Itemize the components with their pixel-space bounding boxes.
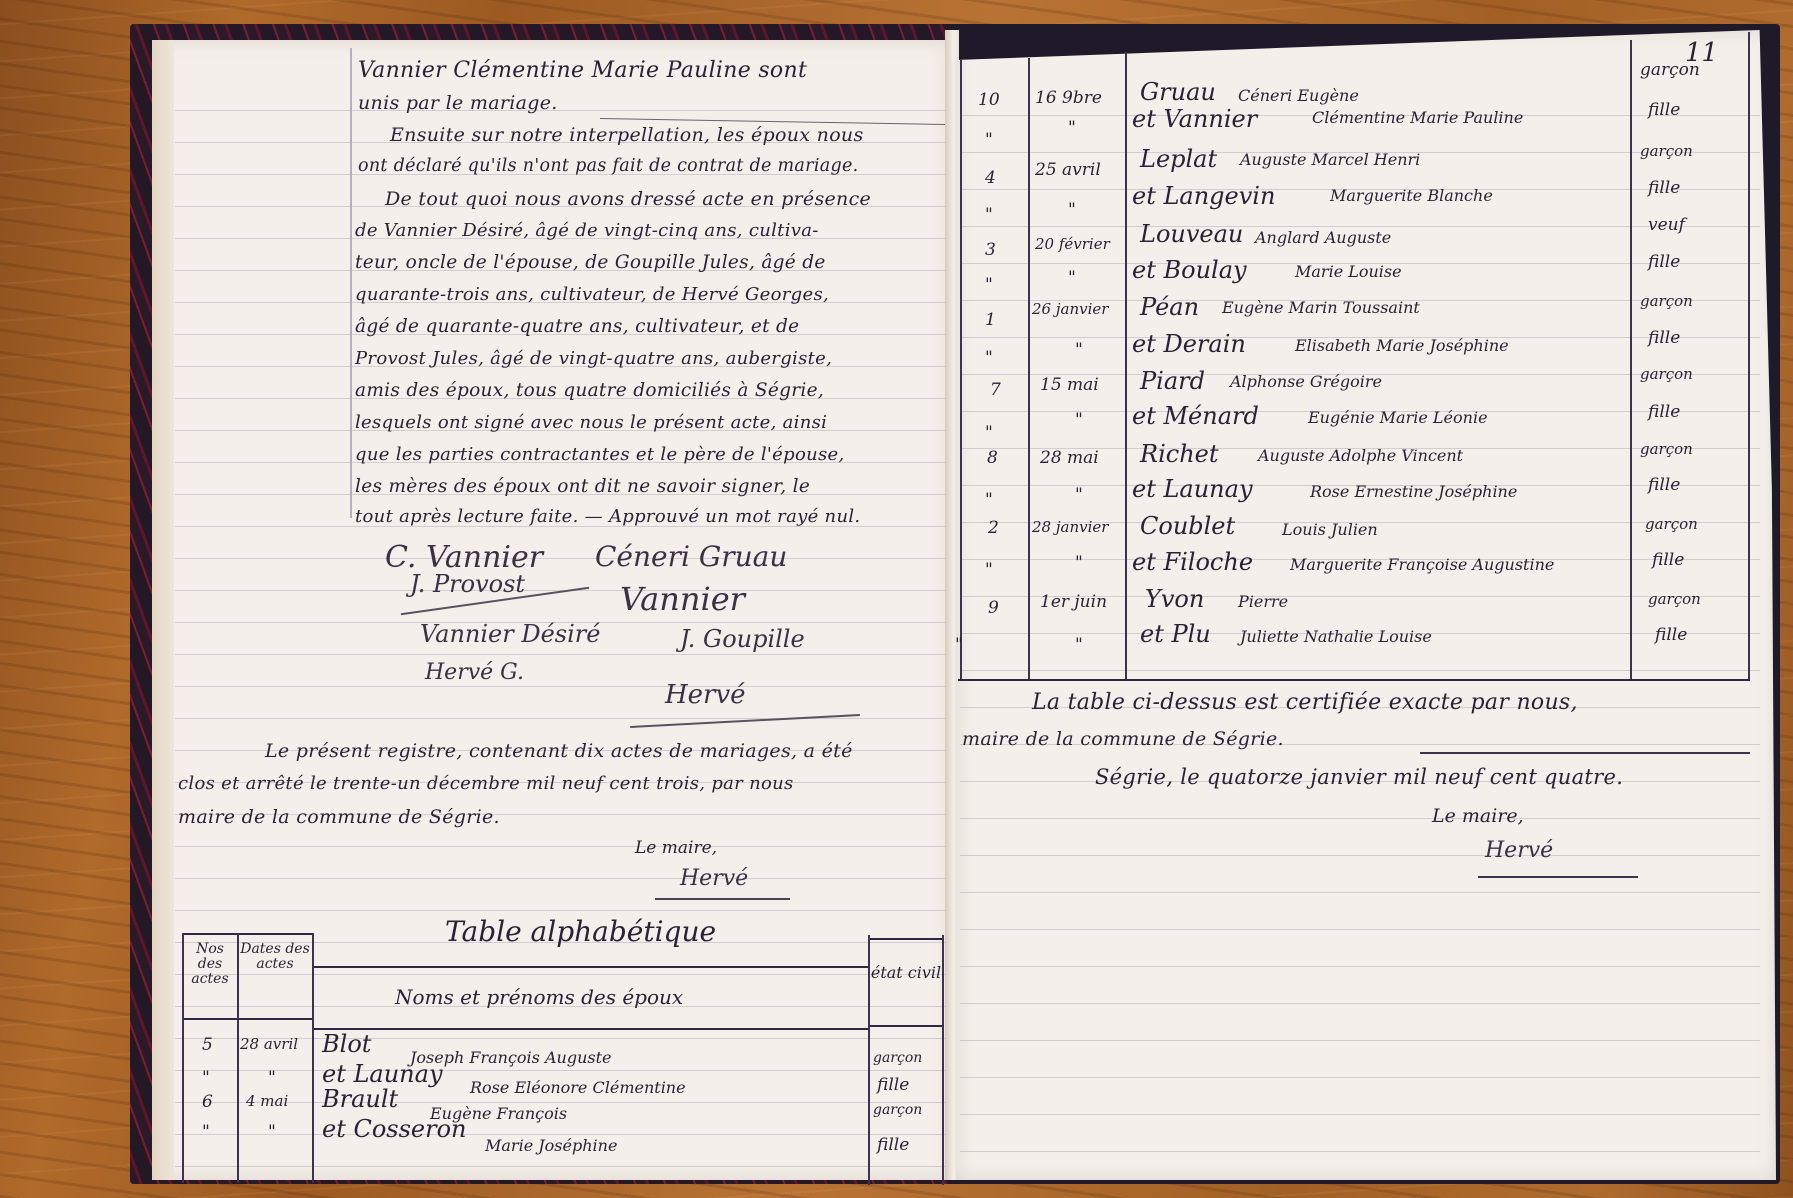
signature-flourish <box>655 898 790 900</box>
row-status: fille <box>877 1075 909 1095</box>
row-surname: et Filoche <box>1132 548 1253 576</box>
margin-line <box>350 48 352 518</box>
row-given: Anglard Auguste <box>1255 228 1391 247</box>
row-surname: et Plu <box>1140 620 1211 648</box>
ruled-line <box>175 910 945 911</box>
row-num: 2 <box>988 518 999 538</box>
signature: J. Goupille <box>680 625 805 653</box>
row-status: garçon <box>1648 590 1701 608</box>
row-surname: et Langevin <box>1132 182 1275 210</box>
signature: Hervé <box>665 680 746 710</box>
act-line: ont déclaré qu'ils n'ont pas fait de con… <box>358 156 859 176</box>
ruled-line <box>175 846 945 847</box>
row-num: " <box>985 130 993 150</box>
row-num: 1 <box>985 310 996 330</box>
act-line: les mères des époux ont dit ne savoir si… <box>355 476 810 497</box>
ruled-line <box>175 654 945 655</box>
left-page <box>152 40 950 1180</box>
row-given: Marguerite Blanche <box>1330 186 1493 205</box>
row-num: 8 <box>987 448 998 468</box>
row-date: " <box>1068 200 1076 220</box>
row-surname: Louveau <box>1140 220 1243 248</box>
act-line: lesquels ont signé avec nous le présent … <box>355 412 827 433</box>
ruled-line <box>960 226 1760 227</box>
closing-line: maire de la commune de Ségrie. <box>178 806 500 828</box>
row-date: 16 9bre <box>1035 88 1102 108</box>
row-status: fille <box>1648 100 1680 120</box>
ruled-line <box>175 974 945 975</box>
act-line: quarante-trois ans, cultivateur, de Herv… <box>355 284 829 305</box>
row-num: 5 <box>202 1035 213 1055</box>
mayor-title: Le maire, <box>635 838 717 858</box>
row-given: Clémentine Marie Pauline <box>1312 108 1523 127</box>
header-status: état civil <box>870 962 942 984</box>
ruled-line <box>175 1166 945 1167</box>
dash-line <box>1420 752 1750 754</box>
row-num: " <box>985 275 993 295</box>
row-date: " <box>268 1068 276 1088</box>
row-date: " <box>1075 485 1083 505</box>
row-num: 4 <box>985 168 996 188</box>
row-surname: et Vannier <box>1132 105 1257 133</box>
row-given: Marie Joséphine <box>485 1136 617 1155</box>
row-date: 20 février <box>1035 235 1110 253</box>
row-num: " <box>985 348 993 368</box>
row-surname: et Launay <box>322 1060 443 1088</box>
row-date: " <box>1075 340 1083 360</box>
row-surname: Péan <box>1140 293 1199 321</box>
row-surname: Coublet <box>1140 512 1235 540</box>
ruled-line <box>960 1151 1760 1152</box>
ruled-line <box>960 818 1760 819</box>
act-line: Ensuite sur notre interpellation, les ép… <box>390 124 864 146</box>
row-status: garçon <box>1645 515 1698 533</box>
ruled-line <box>960 966 1760 967</box>
row-given: Auguste Marcel Henri <box>1240 150 1420 169</box>
row-num: " <box>202 1068 210 1088</box>
mayor-title: Le maire, <box>1432 805 1524 827</box>
row-date: 26 janvier <box>1032 300 1108 318</box>
row-given: Marguerite Françoise Augustine <box>1290 555 1554 574</box>
row-num: " <box>985 205 993 225</box>
ruled-line <box>175 718 945 719</box>
row-status: fille <box>1652 550 1684 570</box>
row-given: Rose Ernestine Joséphine <box>1310 482 1517 501</box>
row-status: fille <box>1648 252 1680 272</box>
row-date: 4 mai <box>246 1092 288 1110</box>
certification-line: maire de la commune de Ségrie. <box>962 728 1284 750</box>
closing-line: Le présent registre, contenant dix actes… <box>265 740 853 762</box>
ruled-line <box>960 1040 1760 1041</box>
row-num: 7 <box>990 380 1001 400</box>
closing-line: clos et arrêté le trente-un décembre mil… <box>178 773 794 794</box>
signature: Vannier <box>620 580 745 618</box>
row-date: " <box>1068 118 1076 138</box>
row-given: Céneri Eugène <box>1238 86 1359 105</box>
ruled-line <box>175 1102 945 1103</box>
act-line: teur, oncle de l'épouse, de Goupille Jul… <box>355 252 826 273</box>
row-given: Eugénie Marie Léonie <box>1308 408 1488 427</box>
row-surname: Blot <box>322 1030 371 1058</box>
row-date: 25 avril <box>1035 160 1101 180</box>
signature: Vannier Désiré <box>420 620 600 648</box>
row-num: " <box>985 423 993 443</box>
row-status: garçon <box>873 1050 922 1066</box>
signature: Hervé G. <box>425 660 524 685</box>
row-status: garçon <box>1640 440 1693 458</box>
row-given: Louis Julien <box>1282 520 1378 539</box>
ruled-line <box>175 686 945 687</box>
header-names: Noms et prénoms des époux <box>395 985 683 1009</box>
row-given: Rose Eléonore Clémentine <box>470 1078 686 1097</box>
row-given: Juliette Nathalie Louise <box>1240 627 1432 646</box>
row-status: garçon <box>1640 292 1693 310</box>
row-num: 10 <box>978 90 1000 110</box>
row-surname: et Cosseron <box>322 1115 467 1143</box>
row-given: Pierre <box>1238 592 1288 611</box>
row-surname: Richet <box>1140 440 1219 468</box>
act-line: De tout quoi nous avons dressé acte en p… <box>385 188 871 210</box>
row-status: veuf <box>1648 215 1685 235</box>
act-line: que les parties contractantes et le père… <box>355 444 845 465</box>
ruled-line <box>960 1003 1760 1004</box>
signature: Céneri Gruau <box>595 540 787 573</box>
certification-line: Ségrie, le quatorze janvier mil neuf cen… <box>1095 765 1623 789</box>
row-date: 28 mai <box>1040 448 1099 468</box>
ruled-line <box>175 1070 945 1071</box>
row-num: " <box>955 635 963 655</box>
table-title: Table alphabétique <box>445 915 716 948</box>
signature-flourish <box>1478 876 1638 878</box>
row-surname: et Ménard <box>1132 402 1259 430</box>
ruled-line <box>175 558 945 559</box>
row-num: 3 <box>985 240 996 260</box>
row-date: 1er juin <box>1040 592 1107 612</box>
ruled-line <box>960 929 1760 930</box>
ruled-line <box>960 1077 1760 1078</box>
row-given: Elisabeth Marie Joséphine <box>1295 336 1509 355</box>
row-date: 28 janvier <box>1032 518 1108 536</box>
act-line: amis des époux, tous quatre domiciliés à… <box>355 380 824 401</box>
row-given: Eugène Marin Toussaint <box>1222 298 1420 317</box>
row-status: garçon <box>873 1102 922 1118</box>
act-line: unis par le mariage. <box>358 92 558 114</box>
act-line: Vannier Clémentine Marie Pauline sont <box>358 58 807 83</box>
row-num: " <box>202 1122 210 1142</box>
ruled-line <box>960 892 1760 893</box>
row-status: fille <box>877 1135 909 1155</box>
ruled-line <box>960 1114 1760 1115</box>
row-surname: Yvon <box>1145 585 1204 613</box>
row-surname: Gruau <box>1140 78 1216 106</box>
row-surname: et Derain <box>1132 330 1246 358</box>
row-date: " <box>268 1122 276 1142</box>
row-date: 28 avril <box>240 1035 298 1053</box>
row-status: fille <box>1648 475 1680 495</box>
row-given: Alphonse Grégoire <box>1230 372 1382 391</box>
row-date: 15 mai <box>1040 375 1099 395</box>
row-date: " <box>1075 410 1083 430</box>
row-status: fille <box>1655 625 1687 645</box>
row-surname: Brault <box>322 1085 398 1113</box>
ruled-line <box>175 1134 945 1135</box>
row-status: garçon <box>1640 365 1693 383</box>
ruled-line <box>175 110 945 111</box>
row-given: Marie Louise <box>1295 262 1402 281</box>
row-given: Auguste Adolphe Vincent <box>1258 446 1463 465</box>
act-line: de Vannier Désiré, âgé de vingt-cinq ans… <box>355 220 819 241</box>
act-line: Provost Jules, âgé de vingt-quatre ans, … <box>355 348 832 369</box>
row-date: " <box>1075 553 1083 573</box>
header-date: Dates des actes <box>239 942 311 972</box>
row-date: " <box>1068 268 1076 288</box>
row-status: fille <box>1648 402 1680 422</box>
header-num: Nos des actes <box>184 942 236 987</box>
act-line: tout après lecture faite. — Approuvé un … <box>355 506 860 527</box>
row-status: fille <box>1648 328 1680 348</box>
act-line: âgé de quarante-quatre ans, cultivateur,… <box>355 316 799 337</box>
certification-line: La table ci-dessus est certifiée exacte … <box>1032 690 1578 715</box>
row-surname: et Boulay <box>1132 256 1247 284</box>
row-surname: Leplat <box>1140 145 1217 173</box>
row-status: garçon <box>1640 142 1693 160</box>
ruled-line <box>960 670 1760 671</box>
row-num: " <box>985 490 993 510</box>
row-num: 6 <box>202 1092 213 1112</box>
row-status: garçon <box>1640 60 1700 80</box>
row-surname: et Launay <box>1132 475 1253 503</box>
page-edge <box>152 40 174 1180</box>
row-num: 9 <box>988 598 999 618</box>
row-date: " <box>1075 635 1083 655</box>
row-surname: Piard <box>1140 367 1205 395</box>
row-status: fille <box>1648 178 1680 198</box>
ruled-line <box>175 878 945 879</box>
signature: J. Provost <box>410 570 525 598</box>
mayor-signature: Hervé <box>680 866 748 891</box>
mayor-signature: Hervé <box>1485 838 1553 863</box>
ruled-line <box>960 855 1760 856</box>
row-num: " <box>985 560 993 580</box>
